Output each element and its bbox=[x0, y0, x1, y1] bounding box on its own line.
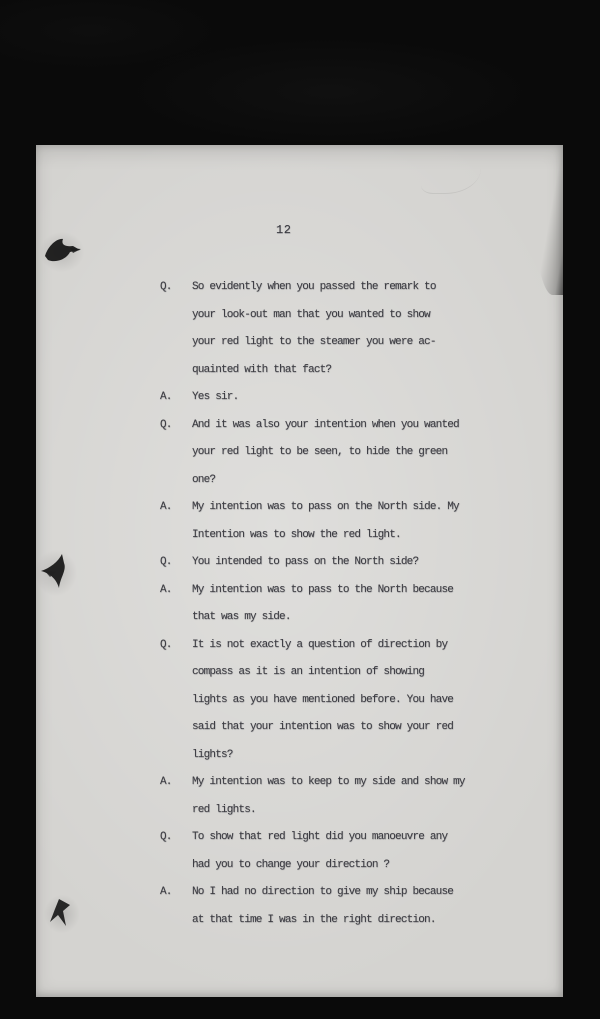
qa-speaker-marker: A. bbox=[160, 879, 192, 934]
text-line: You intended to pass on the North side? bbox=[192, 549, 550, 577]
text-line: your red light to be seen, to hide the g… bbox=[192, 439, 550, 467]
qa-lines: You intended to pass on the North side? bbox=[192, 549, 550, 577]
qa-row: Q.To show that red light did you manoeuv… bbox=[160, 824, 550, 879]
qa-speaker-marker: Q. bbox=[160, 632, 192, 770]
text-line: had you to change your direction ? bbox=[192, 852, 550, 880]
text-line: And it was also your intention when you … bbox=[192, 412, 550, 440]
qa-speaker-marker: Q. bbox=[160, 549, 192, 577]
qa-row: A.Yes sir. bbox=[160, 384, 550, 412]
page-corner-curl bbox=[529, 145, 563, 295]
text-line: My intention was to keep to my side and … bbox=[192, 769, 550, 797]
punch-hole-tear-top bbox=[40, 233, 86, 273]
qa-row: A.My intention was to keep to my side an… bbox=[160, 769, 550, 824]
text-line: said that your intention was to show you… bbox=[192, 714, 550, 742]
paper-crease bbox=[421, 151, 481, 194]
qa-lines: Yes sir. bbox=[192, 384, 550, 412]
qa-lines: No I had no direction to give my ship be… bbox=[192, 879, 550, 934]
qa-speaker-marker: Q. bbox=[160, 274, 192, 384]
text-line: at that time I was in the right directio… bbox=[192, 907, 550, 935]
text-line: It is not exactly a question of directio… bbox=[192, 632, 550, 660]
text-line: quainted with that fact? bbox=[192, 357, 550, 385]
qa-row: A.No I had no direction to give my ship … bbox=[160, 879, 550, 934]
text-line: that was my side. bbox=[192, 604, 550, 632]
text-line: So evidently when you passed the remark … bbox=[192, 274, 550, 302]
qa-speaker-marker: A. bbox=[160, 577, 192, 632]
qa-lines: And it was also your intention when you … bbox=[192, 412, 550, 495]
text-line: No I had no direction to give my ship be… bbox=[192, 879, 550, 907]
qa-lines: My intention was to keep to my side and … bbox=[192, 769, 550, 824]
text-line: one? bbox=[192, 467, 550, 495]
text-line: Yes sir. bbox=[192, 384, 550, 412]
qa-row: Q.So evidently when you passed the remar… bbox=[160, 274, 550, 384]
text-line: To show that red light did you manoeuvre… bbox=[192, 824, 550, 852]
text-line: My intention was to pass to the North be… bbox=[192, 577, 550, 605]
qa-speaker-marker: Q. bbox=[160, 412, 192, 495]
text-line: compass as it is an intention of showing bbox=[192, 659, 550, 687]
qa-lines: My intention was to pass on the North si… bbox=[192, 494, 550, 549]
document-page: 12 Q.So evidently when you passed the re… bbox=[36, 145, 563, 997]
qa-row: Q.You intended to pass on the North side… bbox=[160, 549, 550, 577]
text-line: red lights. bbox=[192, 797, 550, 825]
qa-lines: My intention was to pass to the North be… bbox=[192, 577, 550, 632]
qa-row: A.My intention was to pass on the North … bbox=[160, 494, 550, 549]
text-line: My intention was to pass on the North si… bbox=[192, 494, 550, 522]
qa-speaker-marker: A. bbox=[160, 494, 192, 549]
qa-speaker-marker: Q. bbox=[160, 824, 192, 879]
text-line: your look-out man that you wanted to sho… bbox=[192, 302, 550, 330]
text-line: your red light to the steamer you were a… bbox=[192, 329, 550, 357]
punch-hole-tear-bottom bbox=[46, 896, 76, 932]
qa-lines: So evidently when you passed the remark … bbox=[192, 274, 550, 384]
qa-content: Q.So evidently when you passed the remar… bbox=[160, 274, 550, 934]
punch-hole-tear-middle bbox=[36, 550, 76, 598]
qa-row: Q.It is not exactly a question of direct… bbox=[160, 632, 550, 770]
text-line: Intention was to show the red light. bbox=[192, 522, 550, 550]
page-number: 12 bbox=[276, 223, 291, 237]
qa-lines: It is not exactly a question of directio… bbox=[192, 632, 550, 770]
qa-row: A.My intention was to pass to the North … bbox=[160, 577, 550, 632]
qa-speaker-marker: A. bbox=[160, 769, 192, 824]
text-line: lights? bbox=[192, 742, 550, 770]
qa-speaker-marker: A. bbox=[160, 384, 192, 412]
qa-row: Q.And it was also your intention when yo… bbox=[160, 412, 550, 495]
text-line: lights as you have mentioned before. You… bbox=[192, 687, 550, 715]
qa-lines: To show that red light did you manoeuvre… bbox=[192, 824, 550, 879]
